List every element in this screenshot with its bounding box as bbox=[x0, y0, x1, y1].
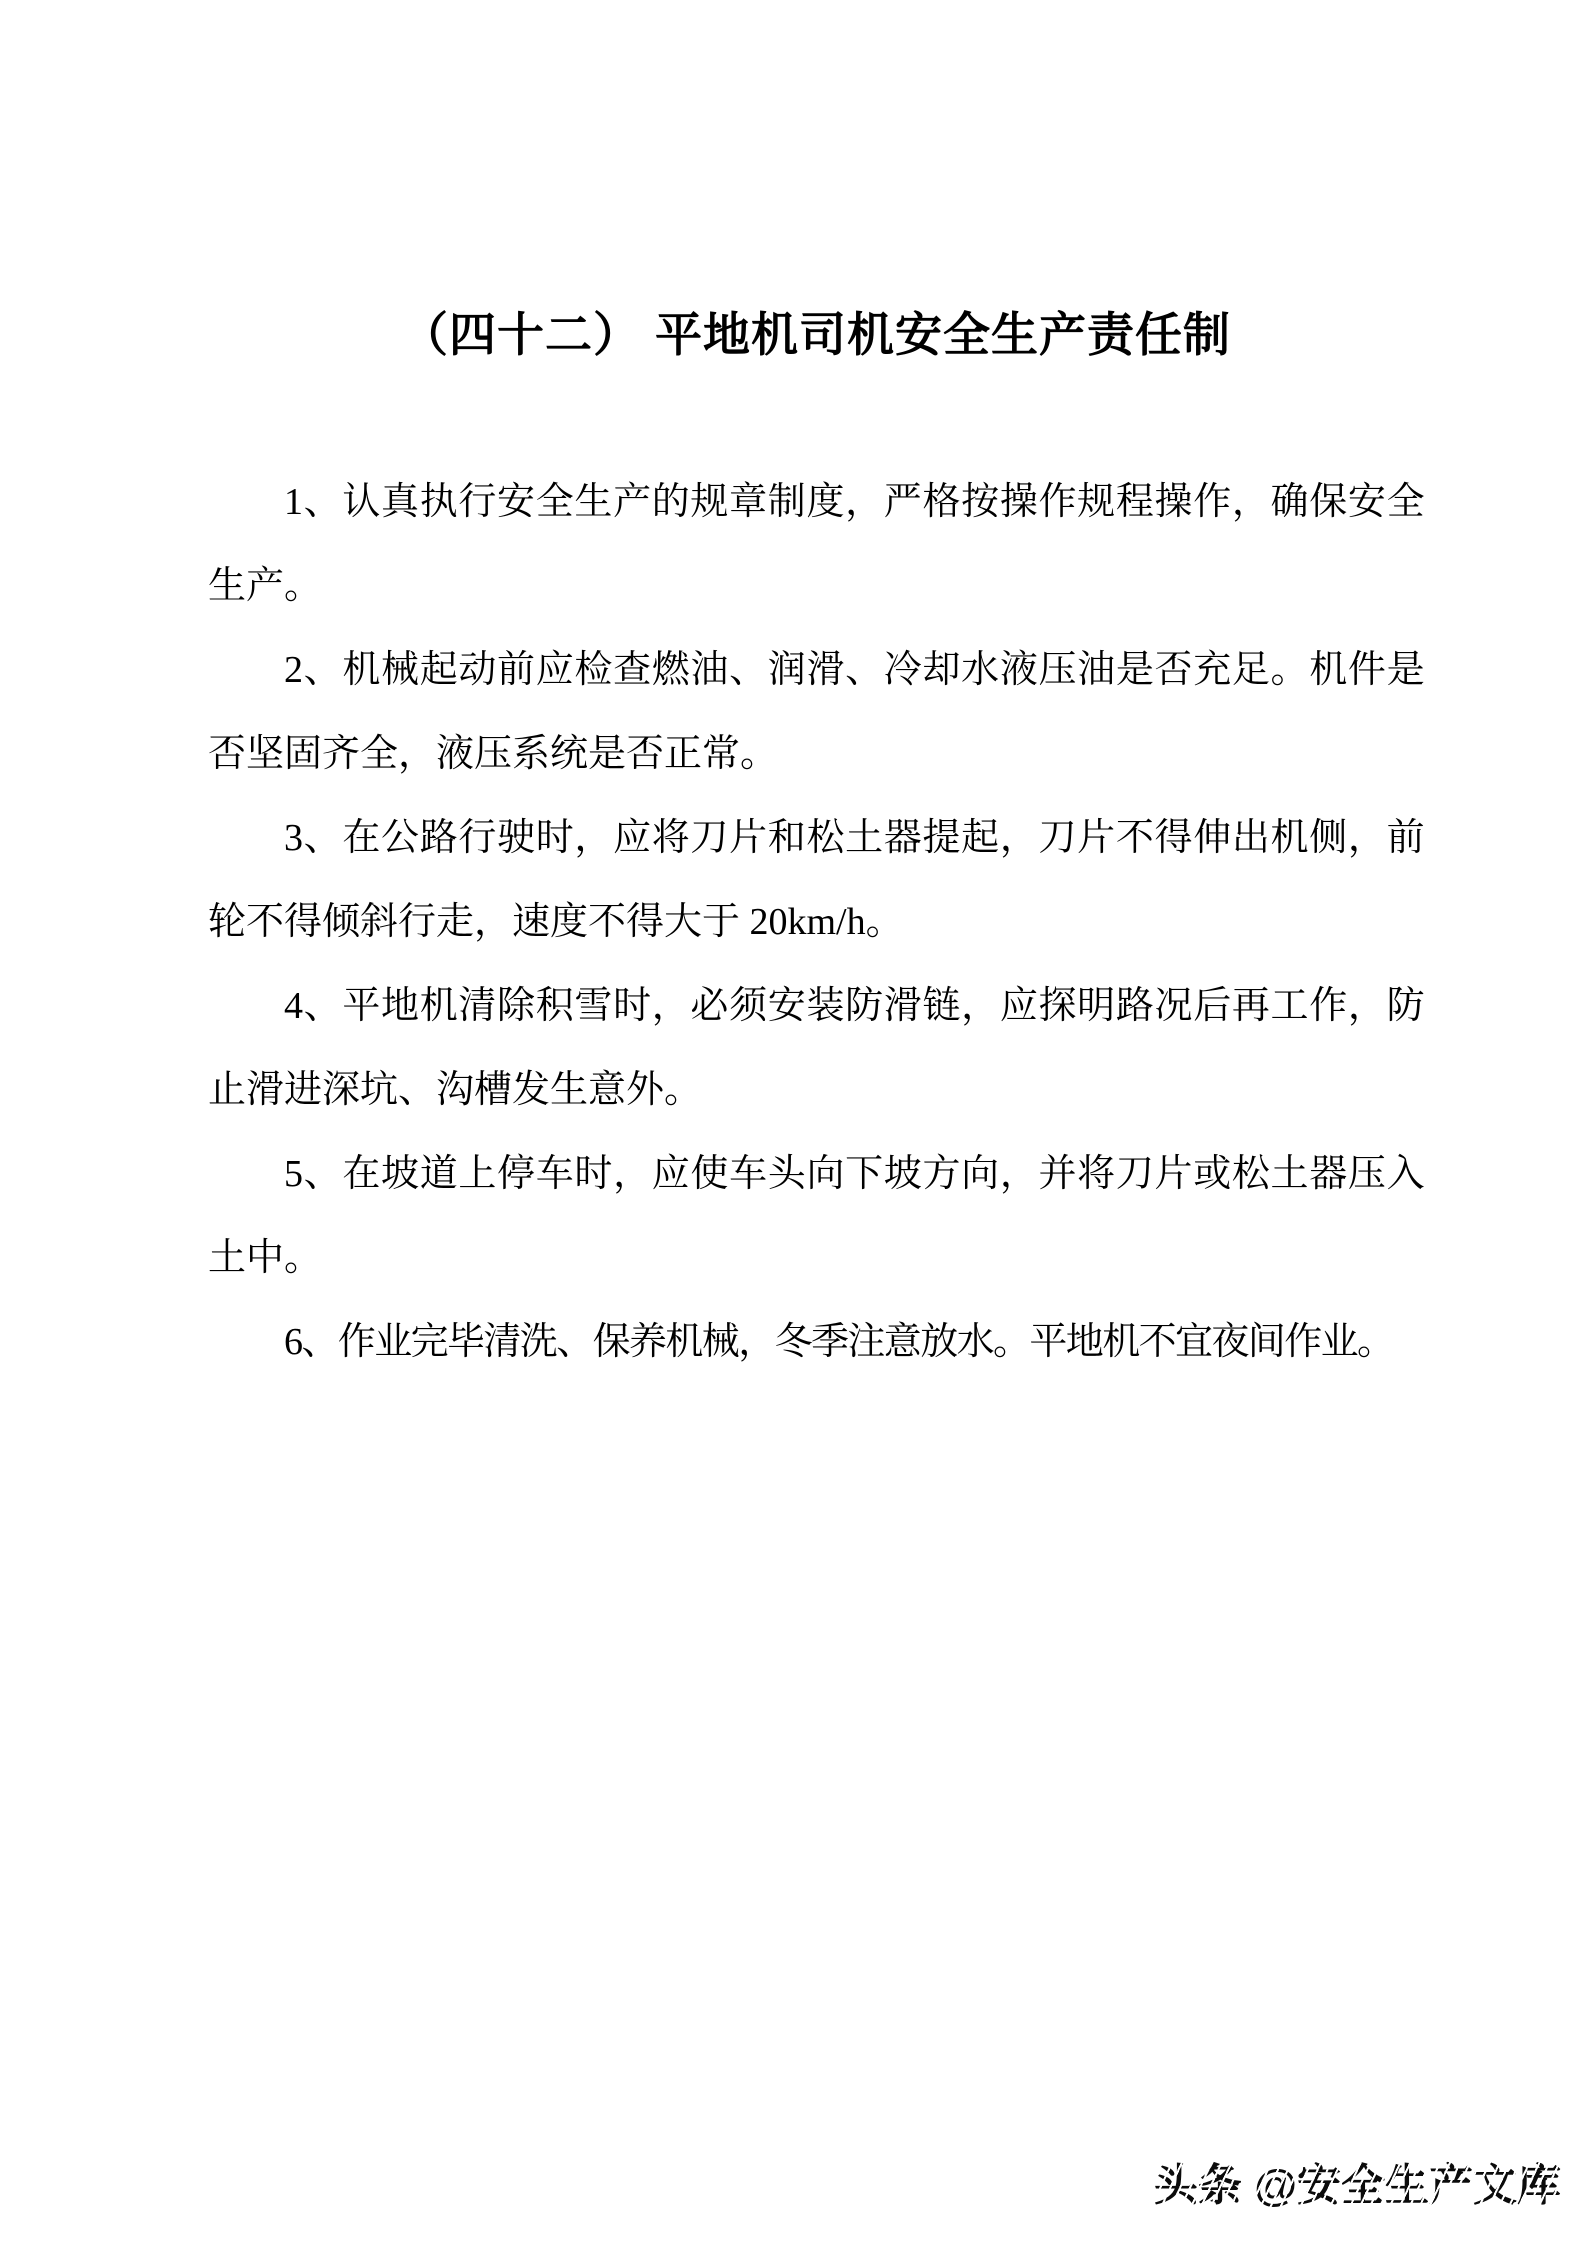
document-title: （四十二） 平地机司机安全生产责任制 bbox=[208, 302, 1424, 368]
paragraph-2-line-2: 否坚固齐全，液压系统是否正常。 bbox=[208, 712, 1424, 796]
paragraph-2-line-1: 2、机械起动前应检查燃油、润滑、冷却水液压油是否充足。机件是 bbox=[208, 628, 1424, 712]
paragraph-3: 3、在公路行驶时，应将刀片和松土器提起，刀片不得伸出机侧，前 轮不得倾斜行走，速… bbox=[208, 796, 1424, 964]
paragraph-1-line-1: 1、认真执行安全生产的规章制度，严格按操作规程操作，确保安全 bbox=[208, 460, 1424, 544]
paragraph-6: 6、作业完毕清洗、保养机械，冬季注意放水。平地机不宜夜间作业。 bbox=[208, 1300, 1424, 1384]
paragraph-4-line-2: 止滑进深坑、沟槽发生意外。 bbox=[208, 1048, 1424, 1132]
watermark: 头条 @安全生产文库 bbox=[1154, 2160, 1561, 2212]
document-body: 1、认真执行安全生产的规章制度，严格按操作规程操作，确保安全 生产。 2、机械起… bbox=[208, 460, 1424, 1384]
paragraph-5: 5、在坡道上停车时，应使车头向下坡方向，并将刀片或松土器压入 土中。 bbox=[208, 1132, 1424, 1300]
paragraph-2: 2、机械起动前应检查燃油、润滑、冷却水液压油是否充足。机件是 否坚固齐全，液压系… bbox=[208, 628, 1424, 796]
paragraph-5-line-2: 土中。 bbox=[208, 1216, 1424, 1300]
paragraph-3-line-1: 3、在公路行驶时，应将刀片和松土器提起，刀片不得伸出机侧，前 bbox=[208, 796, 1424, 880]
document-page: （四十二） 平地机司机安全生产责任制 1、认真执行安全生产的规章制度，严格按操作… bbox=[0, 0, 1587, 2245]
paragraph-1: 1、认真执行安全生产的规章制度，严格按操作规程操作，确保安全 生产。 bbox=[208, 460, 1424, 628]
paragraph-4: 4、平地机清除积雪时，必须安装防滑链，应探明路况后再工作，防 止滑进深坑、沟槽发… bbox=[208, 964, 1424, 1132]
watermark-text: 头条 @安全生产文库 bbox=[1154, 2161, 1561, 2210]
paragraph-6-line-1: 6、作业完毕清洗、保养机械，冬季注意放水。平地机不宜夜间作业。 bbox=[208, 1300, 1424, 1384]
paragraph-4-line-1: 4、平地机清除积雪时，必须安装防滑链，应探明路况后再工作，防 bbox=[208, 964, 1424, 1048]
paragraph-3-line-2: 轮不得倾斜行走，速度不得大于 20km/h。 bbox=[208, 880, 1424, 964]
paragraph-5-line-1: 5、在坡道上停车时，应使车头向下坡方向，并将刀片或松土器压入 bbox=[208, 1132, 1424, 1216]
paragraph-1-line-2: 生产。 bbox=[208, 544, 1424, 628]
